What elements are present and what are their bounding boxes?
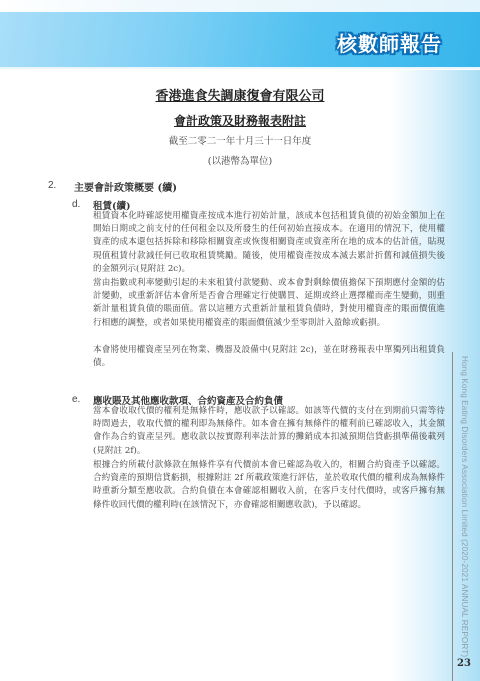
subsection-letter-d: d. [72, 199, 80, 210]
organization-name: 香港進食失調康復會有限公司 [0, 85, 480, 104]
paragraph-leases-1: 租賃資本化時確認使用權資產按成本進行初始計量，該成本包括租賃負債的初始金額加上在… [93, 210, 445, 276]
header-top-strip [0, 0, 480, 12]
sidebar-report-title: Hong Kong Eating Disorders Association L… [460, 356, 469, 657]
currency-note: (以港幣為單位) [0, 153, 480, 167]
paragraph-leases-2: 當由指數或利率變動引起的未來租賃付款變動、或本會對剩餘價值擔保下預期應付金額的估… [93, 277, 445, 330]
document-subtitle: 會計政策及財務報表附註 [0, 112, 480, 129]
reporting-period: 截至二零二一年十月三十一日年度 [0, 133, 480, 147]
section-title: 主要會計政策概要 (續) [74, 179, 177, 194]
section-label: 核數師報告 [337, 28, 442, 57]
section-number: 2. [48, 180, 56, 191]
subsection-letter-e: e. [72, 394, 80, 405]
paragraph-receivables-1: 當本會收取代價的權利是無條件時，應收款予以確認。如該等代價的支付在到期前只需等待… [93, 405, 445, 458]
page-number: 23 [457, 658, 471, 669]
sidebar-divider [452, 352, 453, 681]
paragraph-leases-3: 本會將使用權資產呈列在物業、機器及設備中(見附註 2c)，並在財務報表中單獨列出… [93, 344, 445, 370]
paragraph-receivables-2: 根據合約所載付款條款在無條件享有代價前本會已確認為收入的，相關合約資產予以確認。… [93, 459, 445, 512]
